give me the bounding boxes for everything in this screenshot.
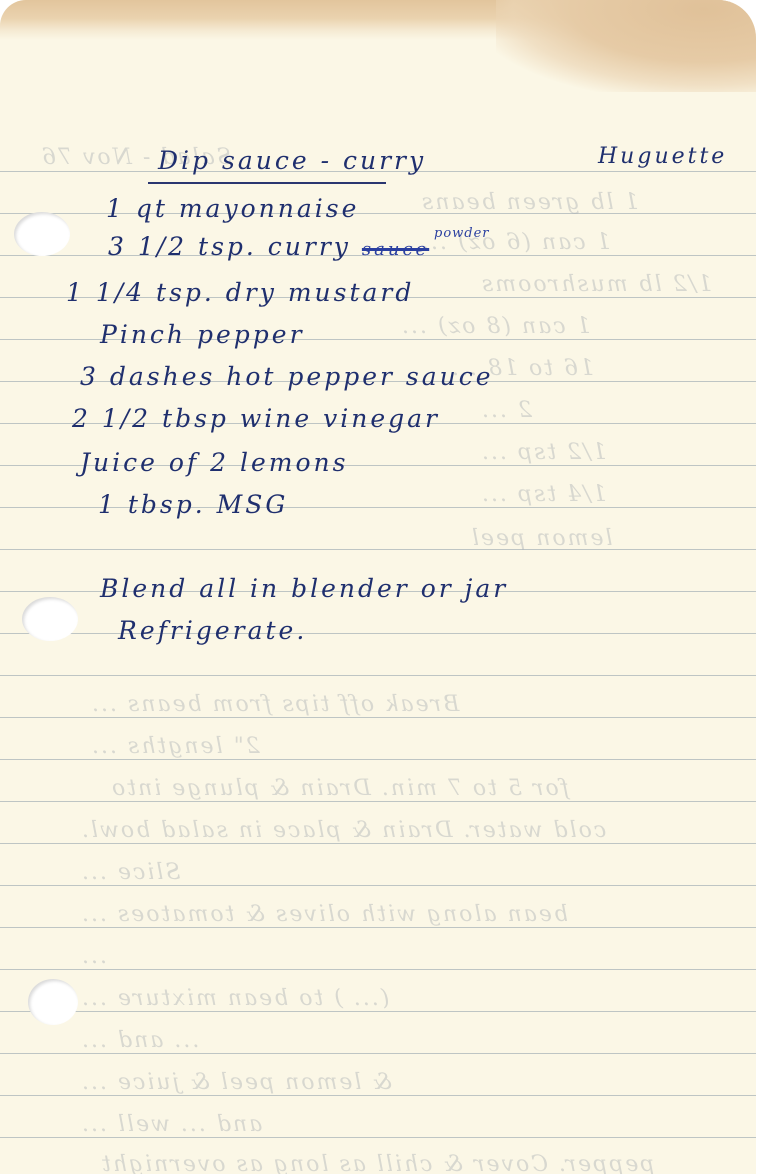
bleed-through-line: ... and ... — [80, 1028, 199, 1053]
ingredient-line: 3 dashes hot pepper sauce — [80, 364, 494, 389]
bleed-through-line: 2" lengths ... — [90, 734, 260, 759]
bleed-through-line: bean along with olives & tomatoes ... — [80, 902, 568, 927]
ruled-line — [0, 801, 756, 802]
ingredient-line: 3 1/2 tsp. curry sauce — [108, 234, 429, 259]
struck-word: sauce — [362, 239, 429, 260]
ruled-line — [0, 885, 756, 886]
bleed-through-line: and ... well ... — [80, 1112, 262, 1137]
ingredient-line: 2 1/2 tbsp wine vinegar — [72, 406, 440, 431]
bleed-through-line: 1/2 lb mushrooms — [480, 272, 712, 297]
ruled-line — [0, 1011, 756, 1012]
ruled-line — [0, 759, 756, 760]
bleed-through-line: (... ) to bean mixture ... — [80, 986, 389, 1011]
bleed-through-line: Break off tips from beans ... — [90, 692, 459, 717]
ruled-line — [0, 633, 756, 634]
instruction-line: Refrigerate. — [118, 618, 307, 643]
water-stain — [496, 0, 756, 92]
bleed-through-line: & lemon peel & juice ... — [80, 1070, 392, 1095]
bleed-through-line: ... — [80, 944, 107, 969]
bleed-through-line: lemon peel — [470, 526, 612, 551]
ruled-line — [0, 927, 756, 928]
bleed-through-line: pepper. Cover & chill as long as overnig… — [100, 1152, 654, 1174]
bleed-through-line: Slice ... — [80, 860, 180, 885]
bleed-through-line: for 5 to 7 min. Drain & plunge into — [110, 776, 569, 801]
punch-hole — [28, 979, 78, 1025]
bleed-through-line: 2 ... — [480, 398, 532, 423]
ruled-line — [0, 717, 756, 718]
ruled-line — [0, 675, 756, 676]
bleed-through-line: 1 lb green beans — [420, 190, 639, 215]
punch-hole — [14, 212, 70, 256]
punch-hole — [22, 597, 78, 641]
ruled-line — [0, 549, 756, 550]
ingredient-line: Pinch pepper — [100, 322, 305, 347]
title-underline — [148, 182, 386, 184]
instruction-line: Blend all in blender or jar — [100, 576, 508, 601]
ruled-line — [0, 1053, 756, 1054]
bleed-through-line: cold water. Drain & place in salad bowl. — [80, 818, 606, 843]
recipe-attribution: Huguette — [598, 146, 727, 168]
ruled-line — [0, 1095, 756, 1096]
bleed-through-line: 1 can (8 oz) ... — [400, 314, 591, 339]
bleed-through-line: 1/2 tsp ... — [480, 440, 607, 465]
ingredient-line: Juice of 2 lemons — [80, 450, 348, 475]
recipe-card: Salad - Nov 76 1 lb green beans 1 can (6… — [0, 0, 756, 1174]
ruled-line — [0, 1137, 756, 1138]
bleed-through-line: 1/4 tsp ... — [480, 482, 607, 507]
ingredient-line: 1 1/4 tsp. dry mustard — [66, 280, 414, 305]
ingredient-line: 1 qt mayonnaise — [106, 196, 359, 221]
ruled-line — [0, 843, 756, 844]
ruled-line — [0, 969, 756, 970]
ingredient-text: 3 1/2 tsp. curry — [108, 232, 351, 261]
inserted-correction: powder — [434, 226, 490, 241]
ingredient-line: 1 tbsp. MSG — [98, 492, 288, 517]
recipe-title: Dip sauce - curry — [158, 148, 426, 173]
